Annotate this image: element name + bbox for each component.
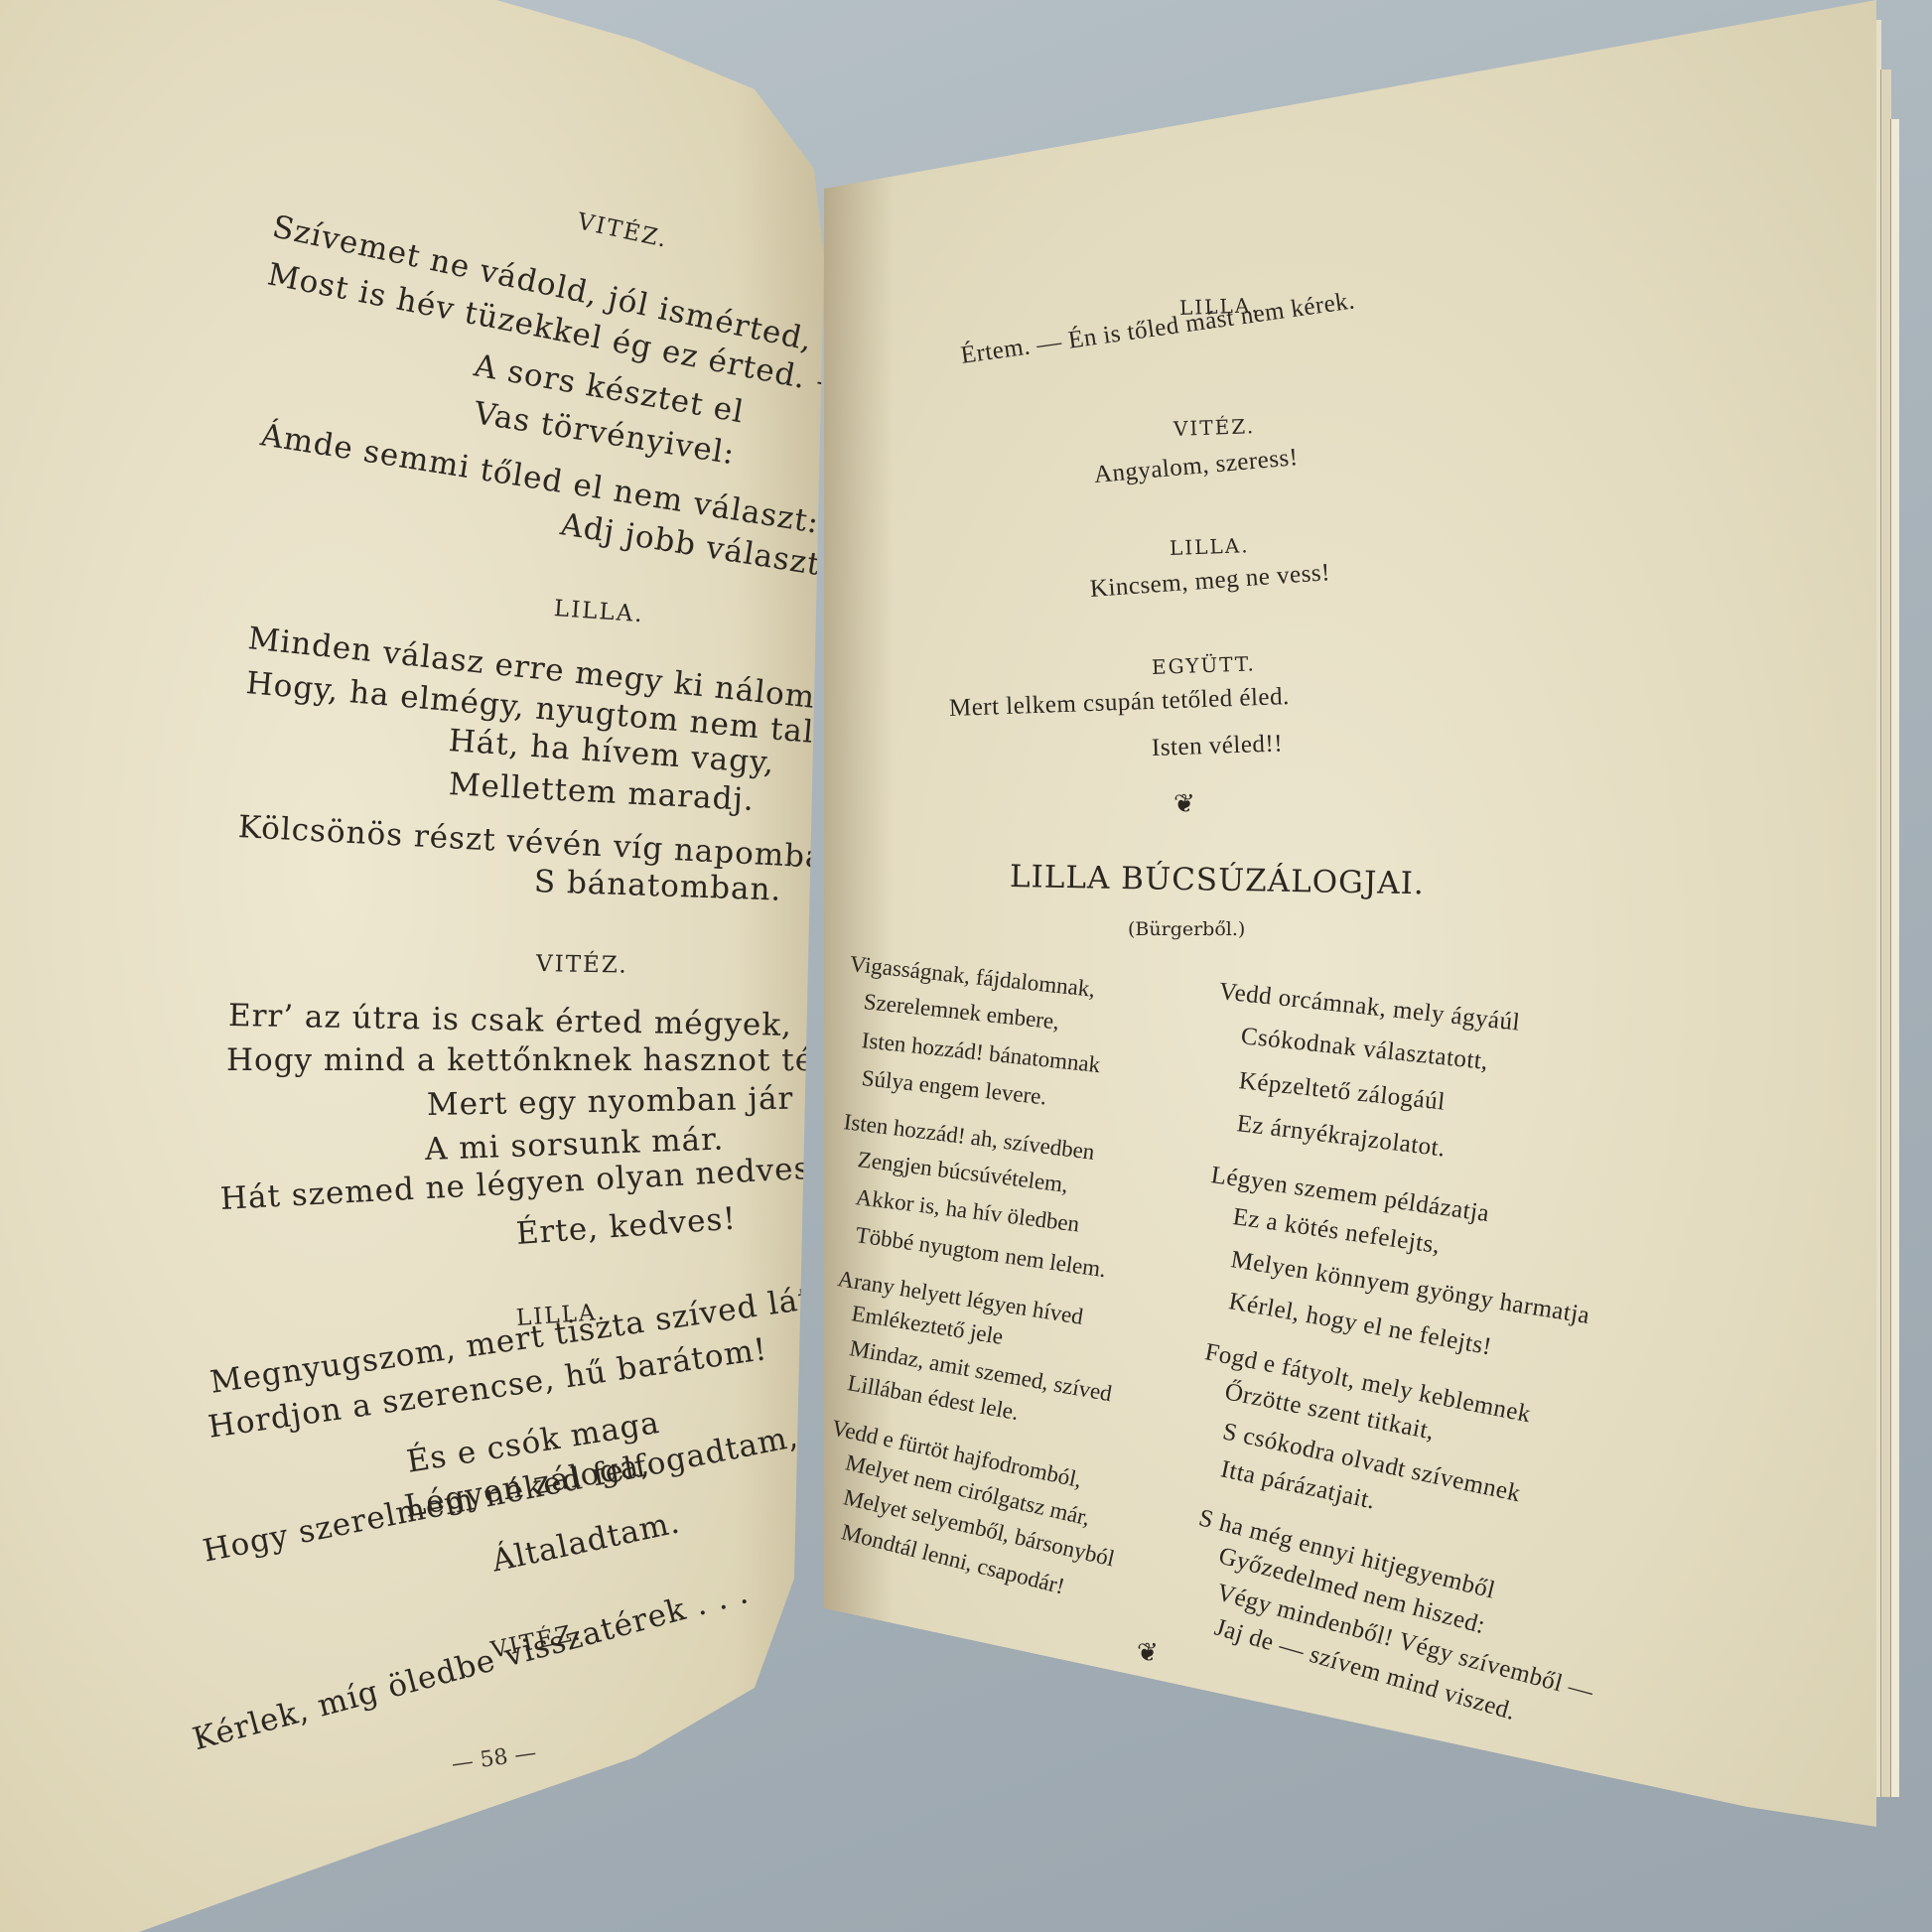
left-page: VITÉZ. Szívemet ne vádold, jól ismérted,…	[0, 0, 824, 1932]
poem-subtitle: (Bürgerből.)	[1128, 918, 1245, 940]
verse-line: Mert egy nyomban jár	[427, 1081, 794, 1123]
poem-title: LILLA BÚCSÚZÁLOGJAI.	[1010, 859, 1425, 901]
page-number: — 58 —	[450, 1740, 538, 1777]
verse-line: Csókodnak választatott,	[1240, 1023, 1490, 1076]
speaker-label: LILLA.	[553, 596, 644, 627]
verse-line: Ez árnyékrajzolatot.	[1235, 1110, 1447, 1164]
verse-line: Angyalom, szeress!	[1093, 444, 1300, 489]
verse-line: Érte, kedves!	[515, 1201, 738, 1252]
gutter-shadow	[735, 0, 824, 1932]
speaker-label: EGYÜTT.	[1152, 651, 1257, 679]
verse-line: Kincsem, meg ne vess!	[1089, 559, 1331, 604]
speaker-label: VITÉZ.	[575, 208, 670, 253]
verse-line: Általadtam.	[488, 1504, 683, 1579]
verse-line: Isten véled!!	[1152, 730, 1284, 762]
end-ornament-icon: ❦	[1137, 1638, 1159, 1668]
verse-line: Értem. — Én is tőled mást nem kérek.	[959, 287, 1357, 369]
page-edge	[1890, 119, 1899, 1797]
ornament-icon: ❦	[1173, 789, 1195, 819]
speaker-label: VITÉZ.	[536, 951, 628, 979]
page-number: — 59 —	[1089, 1708, 1176, 1739]
verse-line: S bánatomban.	[533, 864, 782, 908]
speaker-label: LILLA.	[1170, 533, 1250, 560]
verse-line: Mert lelkem csupán tetőled éled.	[949, 683, 1291, 723]
verse-line: Hogy mind a kettőnknek hasznot tégyek.	[226, 1042, 902, 1078]
verse-line: Kérlek, míg öledbe visszatérek . . .	[189, 1575, 753, 1757]
speaker-label: VITÉZ.	[1173, 414, 1256, 441]
verse-line: Képzeltető zálogáúl	[1238, 1067, 1448, 1117]
open-book-scene: VITÉZ. Szívemet ne vádold, jól ismérted,…	[0, 0, 1932, 1932]
verse-line: Err’ az útra is csak érted mégyek,	[228, 998, 793, 1043]
right-page: LILLA. Értem. — Én is tőled mást nem kér…	[824, 0, 1876, 1932]
